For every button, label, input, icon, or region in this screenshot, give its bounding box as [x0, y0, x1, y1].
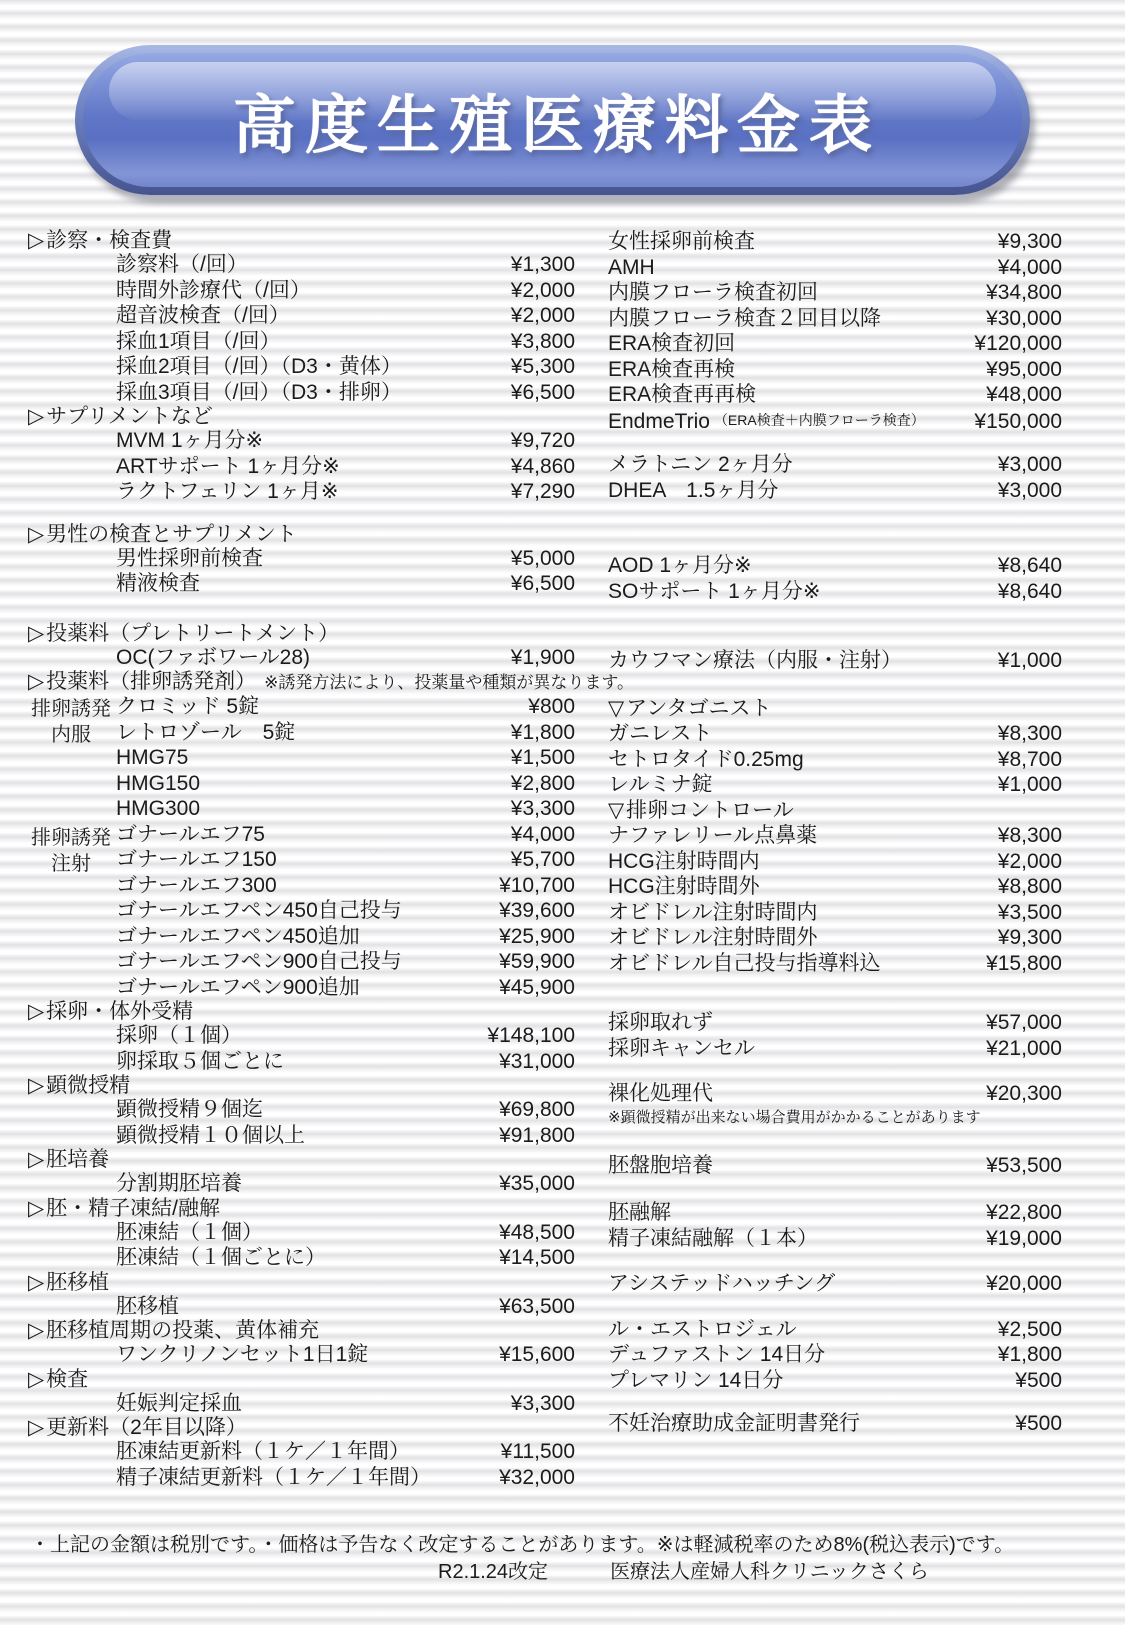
item-price: ¥8,640	[998, 579, 1062, 605]
item-label: ARTサポート 1ヶ月分※	[116, 454, 340, 480]
item-label: EndmeTrio（ERA検査＋内膜フローラ検査）	[608, 408, 925, 435]
footer: ・上記の金額は税別です。・価格は予告なく改定することがあります。※は軽減税率のた…	[30, 1532, 1100, 1586]
triangle-right-icon: ▷	[28, 523, 44, 546]
item-label: 採血2項目（/回）（D3・黄体）	[116, 354, 402, 380]
item-label: ERA検査再再検	[608, 382, 756, 408]
item-price: ¥2,800	[511, 771, 575, 797]
title-banner-inner: 高度生殖医療料金表	[83, 53, 1022, 187]
price-row: AOD 1ヶ月分※¥8,640	[600, 553, 1062, 579]
price-row: 採卵（１個）¥148,100	[28, 1023, 575, 1049]
item-price: ¥3,500	[998, 900, 1062, 926]
item-label: 採卵キャンセル	[608, 1036, 755, 1062]
subsection-label: 排卵コントロール	[626, 799, 794, 822]
price-row: HMG300¥3,300	[28, 796, 575, 822]
item-label: ゴナールエフ75	[116, 822, 265, 848]
item-label: 妊娠判定採血	[116, 1391, 242, 1417]
item-price: ¥150,000	[974, 409, 1062, 435]
triangle-right-icon: ▷	[28, 229, 44, 252]
item-label: デュファストン 14日分	[608, 1342, 825, 1368]
item-price: ¥800	[528, 694, 575, 720]
footer-notes: ・上記の金額は税別です。・価格は予告なく改定することがあります。※は軽減税率のた…	[30, 1532, 1100, 1559]
item-label: OC(ファボワール28)	[116, 645, 310, 671]
triangle-right-icon: ▷	[28, 1368, 44, 1391]
price-row: HMG150¥2,800	[28, 771, 575, 797]
title-banner: 高度生殖医療料金表	[75, 45, 1030, 195]
item-price: ¥25,900	[499, 924, 575, 950]
item-price: ¥8,640	[998, 553, 1062, 579]
triangle-right-icon: ▷	[28, 1000, 44, 1023]
item-price: ¥20,000	[986, 1271, 1062, 1297]
item-price: ¥95,000	[986, 357, 1062, 383]
item-price: ¥148,100	[487, 1023, 575, 1049]
triangle-down-icon: ▽	[608, 697, 624, 720]
note-row: ※顕微授精が出来ない場合費用がかかることがあります	[600, 1107, 1062, 1129]
price-row: OC(ファボワール28)¥1,900	[28, 645, 575, 671]
item-label: カウフマン療法（内服・注射）	[608, 648, 902, 674]
item-label: ゴナールエフペン450追加	[116, 924, 360, 950]
section-header: ▷顕微授精	[28, 1074, 575, 1097]
item-label: 採血3項目（/回）（D3・排卵）	[116, 380, 402, 406]
item-label: 時間外診療代（/回）	[116, 278, 311, 304]
price-row: レトロゾール 5錠¥1,800	[28, 720, 575, 746]
price-row: ARTサポート 1ヶ月分※¥4,860	[28, 454, 575, 480]
clinic-name: 医療法人産婦人科クリニックさくら	[610, 1559, 929, 1586]
footer-signature: R2.1.24改定 医療法人産婦人科クリニックさくら	[30, 1559, 1100, 1586]
item-price: ¥5,700	[511, 847, 575, 873]
price-row: 男性採卵前検査¥5,000	[28, 546, 575, 572]
triangle-right-icon: ▷	[28, 1148, 44, 1171]
section-header: ▷胚培養	[28, 1148, 575, 1171]
section-header: ▷更新料（2年目以降）	[28, 1416, 575, 1439]
item-price: ¥5,300	[511, 354, 575, 380]
price-row: カウフマン療法（内服・注射）¥1,000	[600, 648, 1062, 674]
item-price: ¥31,000	[499, 1049, 575, 1075]
item-label: 胚凍結更新料（１ケ／１年間）	[116, 1439, 410, 1465]
item-price: ¥1,800	[511, 720, 575, 746]
price-row: 胚盤胞培養¥53,500	[600, 1153, 1062, 1179]
item-price: ¥120,000	[974, 331, 1062, 357]
item-label: アシステッドハッチング	[608, 1271, 835, 1297]
item-label: クロミッド 5錠	[116, 694, 259, 720]
price-row: SOサポート 1ヶ月分※¥8,640	[600, 579, 1062, 605]
item-label: 顕微授精１０個以上	[116, 1123, 305, 1149]
item-price: ¥2,000	[511, 303, 575, 329]
item-price: ¥500	[1015, 1368, 1062, 1394]
item-label: 採卵（１個）	[116, 1023, 242, 1049]
item-label: ゴナールエフペン900自己投与	[116, 949, 402, 975]
item-price: ¥57,000	[986, 1010, 1062, 1036]
price-row: MVM 1ヶ月分※¥9,720	[28, 428, 575, 454]
triangle-right-icon: ▷	[28, 1319, 44, 1342]
price-row: ガニレスト¥8,300	[600, 721, 1062, 747]
section-header: ▷採卵・体外受精	[28, 1000, 575, 1023]
price-row: HCG注射時間内¥2,000	[600, 849, 1062, 875]
item-label: 精液検査	[116, 571, 200, 597]
item-price: ¥2,500	[998, 1317, 1062, 1343]
item-price: ¥69,800	[499, 1097, 575, 1123]
section-label: 胚・精子凍結/融解	[46, 1197, 220, 1220]
price-row: アシステッドハッチング¥20,000	[600, 1271, 1062, 1297]
item-label: レトロゾール 5錠	[116, 720, 295, 746]
item-label: HMG75	[116, 745, 188, 771]
price-row: メラトニン 2ヶ月分¥3,000	[600, 452, 1062, 478]
item-label: ゴナールエフペン900追加	[116, 975, 360, 1001]
item-label: 分割期胚培養	[116, 1171, 242, 1197]
section-label: 顕微授精	[46, 1074, 130, 1097]
revision-date: R2.1.24改定	[438, 1559, 548, 1586]
item-price: ¥5,000	[511, 546, 575, 572]
item-label: 精子凍結融解（１本）	[608, 1226, 818, 1252]
price-row: 採卵キャンセル¥21,000	[600, 1036, 1062, 1062]
price-row: ERA検査再再検¥48,000	[600, 382, 1062, 408]
item-price: ¥30,000	[986, 306, 1062, 332]
item-label: セトロタイド0.25mg	[608, 747, 804, 773]
item-price: ¥3,800	[511, 329, 575, 355]
triangle-right-icon: ▷	[28, 1074, 44, 1097]
item-price: ¥2,000	[998, 849, 1062, 875]
item-label: ワンクリノンセット1日1錠	[116, 1342, 368, 1368]
item-label: 診察料（/回）	[116, 252, 248, 278]
price-row: 超音波検査（/回）¥2,000	[28, 303, 575, 329]
item-label: ル・エストロジェル	[608, 1317, 797, 1343]
item-price: ¥1,500	[511, 745, 575, 771]
item-price: ¥3,300	[511, 796, 575, 822]
item-price: ¥91,800	[499, 1123, 575, 1149]
item-price: ¥34,800	[986, 280, 1062, 306]
item-label: AMH	[608, 255, 655, 281]
price-row: 不妊治療助成金証明書発行¥500	[600, 1411, 1062, 1437]
price-row: オビドレル注射時間内¥3,500	[600, 900, 1062, 926]
item-label: MVM 1ヶ月分※	[116, 428, 263, 454]
price-row: 胚凍結（１個ごとに）¥14,500	[28, 1245, 575, 1271]
price-row: HMG75¥1,500	[28, 745, 575, 771]
price-row: 採卵取れず¥57,000	[600, 1010, 1062, 1036]
item-label: ゴナールエフ300	[116, 873, 277, 899]
price-row: ゴナールエフペン450追加¥25,900	[28, 924, 575, 950]
item-label: 裸化処理代	[608, 1081, 713, 1107]
price-row: 胚凍結（１個）¥48,500	[28, 1220, 575, 1246]
item-label: 内膜フローラ検査初回	[608, 280, 818, 306]
price-row: 胚移植¥63,500	[28, 1294, 575, 1320]
section-header: ▷投薬料（プレトリートメント）	[28, 622, 575, 645]
item-label: ナファレリール点鼻薬	[608, 823, 817, 849]
item-label: オビドレル注射時間内	[608, 900, 817, 926]
item-label: レルミナ錠	[608, 772, 712, 798]
section-label: 胚培養	[46, 1148, 109, 1171]
item-price: ¥14,500	[499, 1245, 575, 1271]
item-label: SOサポート 1ヶ月分※	[608, 579, 820, 605]
price-row: 顕微授精９個迄¥69,800	[28, 1097, 575, 1123]
price-row: ERA検査再検¥95,000	[600, 357, 1062, 383]
item-price: ¥1,900	[511, 645, 575, 671]
section-label: 胚移植周期の投薬、黄体補充	[46, 1319, 319, 1342]
section-header: ▷投薬料（排卵誘発剤）※誘発方法により、投薬量や種類が異なります。	[28, 670, 575, 694]
item-label: 不妊治療助成金証明書発行	[608, 1411, 860, 1437]
item-label: ERA検査再検	[608, 357, 735, 383]
item-price: ¥8,300	[998, 721, 1062, 747]
price-row: クロミッド 5錠¥800	[28, 694, 575, 720]
page-title: 高度生殖医療料金表	[224, 75, 881, 166]
item-label: ガニレスト	[608, 721, 712, 747]
item-label: 胚融解	[608, 1200, 671, 1226]
price-row: 胚凍結更新料（１ケ／１年間）¥11,500	[28, 1439, 575, 1465]
triangle-right-icon: ▷	[28, 405, 44, 428]
subsection-header: ▽排卵コントロール	[600, 798, 1062, 824]
item-price: ¥3,000	[998, 452, 1062, 478]
triangle-right-icon: ▷	[28, 1416, 44, 1439]
item-price: ¥1,000	[998, 648, 1062, 674]
price-row: DHEA 1.5ヶ月分¥3,000	[600, 478, 1062, 504]
price-row: ゴナールエフペン900自己投与¥59,900	[28, 949, 575, 975]
item-label: 胚盤胞培養	[608, 1153, 713, 1179]
price-row: オビドレル注射時間外¥9,300	[600, 925, 1062, 951]
subsection-header: ▽アンタゴニスト	[600, 696, 1062, 722]
price-row: デュファストン 14日分¥1,800	[600, 1342, 1062, 1368]
item-label: 女性採卵前検査	[608, 229, 755, 255]
section-header: ▷男性の検査とサプリメント	[28, 523, 575, 546]
section-header: ▷サプリメントなど	[28, 405, 575, 428]
item-price: ¥21,000	[986, 1036, 1062, 1062]
item-price: ¥22,800	[986, 1200, 1062, 1226]
item-price: ¥3,300	[511, 1391, 575, 1417]
item-label: 内膜フローラ検査２回目以降	[608, 306, 881, 332]
item-price: ¥4,000	[998, 255, 1062, 281]
price-row: 内膜フローラ検査２回目以降¥30,000	[600, 306, 1062, 332]
item-label: ラクトフェリン 1ヶ月※	[116, 479, 338, 505]
item-price: ¥6,500	[511, 380, 575, 406]
item-price: ¥8,800	[998, 874, 1062, 900]
price-row: ゴナールエフ150¥5,700	[28, 847, 575, 873]
triangle-down-icon: ▽	[608, 799, 624, 822]
item-price: ¥3,000	[998, 478, 1062, 504]
section-label: 投薬料（プレトリートメント）	[46, 622, 339, 645]
price-row: 顕微授精１０個以上¥91,800	[28, 1123, 575, 1149]
item-price: ¥48,500	[499, 1220, 575, 1246]
item-label: 胚凍結（１個ごとに）	[116, 1245, 326, 1271]
item-label: 胚移植	[116, 1294, 179, 1320]
item-label: オビドレル自己投与指導料込	[608, 951, 880, 977]
price-row: 時間外診療代（/回）¥2,000	[28, 278, 575, 304]
item-label: 採血1項目（/回）	[116, 329, 281, 355]
price-row: レルミナ錠¥1,000	[600, 772, 1062, 798]
triangle-right-icon: ▷	[28, 1197, 44, 1220]
left-column: 排卵誘発 内服 排卵誘発 注射 ▷診察・検査費診察料（/回）¥1,300時間外診…	[28, 229, 575, 1490]
section-label: 採卵・体外受精	[46, 1000, 193, 1023]
price-row: HCG注射時間外¥8,800	[600, 874, 1062, 900]
section-header: ▷診察・検査費	[28, 229, 575, 252]
item-label: 卵採取５個ごとに	[116, 1049, 284, 1075]
section-label: 男性の検査とサプリメント	[46, 523, 297, 546]
item-sublabel: （ERA検査＋内膜フローラ検査）	[714, 412, 925, 428]
note-text: ※顕微授精が出来ない場合費用がかかることがあります	[608, 1109, 981, 1126]
item-label: AOD 1ヶ月分※	[608, 553, 752, 579]
price-row: 診察料（/回）¥1,300	[28, 252, 575, 278]
section-label: 検査	[46, 1368, 88, 1391]
subsection-label: アンタゴニスト	[626, 697, 771, 720]
price-row: ワンクリノンセット1日1錠¥15,600	[28, 1342, 575, 1368]
item-label: 顕微授精９個迄	[116, 1097, 263, 1123]
item-price: ¥35,000	[499, 1171, 575, 1197]
price-row: 精子凍結融解（１本）¥19,000	[600, 1226, 1062, 1252]
section-header: ▷検査	[28, 1368, 575, 1391]
price-row: ゴナールエフ75¥4,000	[28, 822, 575, 848]
item-label: 超音波検査（/回）	[116, 303, 290, 329]
item-price: ¥1,300	[511, 252, 575, 278]
item-label: オビドレル注射時間外	[608, 925, 817, 951]
item-price: ¥4,860	[511, 454, 575, 480]
item-price: ¥7,290	[511, 479, 575, 505]
price-row: 精子凍結更新料（１ケ／１年間）¥32,000	[28, 1465, 575, 1491]
item-price: ¥8,700	[998, 747, 1062, 773]
price-row: 胚融解¥22,800	[600, 1200, 1062, 1226]
item-label: HCG注射時間内	[608, 849, 760, 875]
price-row: セトロタイド0.25mg¥8,700	[600, 747, 1062, 773]
price-row: オビドレル自己投与指導料込¥15,800	[600, 951, 1062, 977]
section-label: 胚移植	[46, 1271, 109, 1294]
item-price: ¥15,800	[986, 951, 1062, 977]
item-label: 胚凍結（１個）	[116, 1220, 263, 1246]
item-price: ¥32,000	[499, 1465, 575, 1491]
item-label: 男性採卵前検査	[116, 546, 263, 572]
section-header: ▷胚・精子凍結/融解	[28, 1197, 575, 1220]
price-row: ラクトフェリン 1ヶ月※¥7,290	[28, 479, 575, 505]
price-row: 精液検査¥6,500	[28, 571, 575, 597]
price-row: 妊娠判定採血¥3,300	[28, 1391, 575, 1417]
item-price: ¥9,300	[998, 925, 1062, 951]
item-price: ¥500	[1015, 1411, 1062, 1437]
price-row: 採血1項目（/回）¥3,800	[28, 329, 575, 355]
item-price: ¥53,500	[986, 1153, 1062, 1179]
triangle-right-icon: ▷	[28, 1271, 44, 1294]
section-label: サプリメントなど	[46, 405, 213, 428]
price-row: プレマリン 14日分¥500	[600, 1368, 1062, 1394]
item-label: DHEA 1.5ヶ月分	[608, 478, 778, 504]
item-label: 採卵取れず	[608, 1010, 713, 1036]
section-label: 診察・検査費	[46, 229, 172, 252]
price-row: ゴナールエフペン450自己投与¥39,600	[28, 898, 575, 924]
price-row: 内膜フローラ検査初回¥34,800	[600, 280, 1062, 306]
item-price: ¥11,500	[501, 1439, 575, 1465]
price-row: 採血2項目（/回）（D3・黄体）¥5,300	[28, 354, 575, 380]
price-row: 卵採取５個ごとに¥31,000	[28, 1049, 575, 1075]
item-label: HMG150	[116, 771, 200, 797]
item-price: ¥1,800	[998, 1342, 1062, 1368]
item-price: ¥63,500	[499, 1294, 575, 1320]
item-price: ¥39,600	[499, 898, 575, 924]
item-price: ¥20,300	[986, 1081, 1062, 1107]
item-price: ¥59,900	[499, 949, 575, 975]
item-label: ゴナールエフペン450自己投与	[116, 898, 402, 924]
item-label: HMG300	[116, 796, 200, 822]
price-row: 分割期胚培養¥35,000	[28, 1171, 575, 1197]
item-price: ¥19,000	[986, 1226, 1062, 1252]
item-label: 精子凍結更新料（１ケ／１年間）	[116, 1465, 431, 1491]
item-label: HCG注射時間外	[608, 874, 760, 900]
section-header: ▷胚移植周期の投薬、黄体補充	[28, 1319, 575, 1342]
item-price: ¥4,000	[511, 822, 575, 848]
section-label: 更新料（2年目以降）	[46, 1416, 247, 1439]
item-price: ¥8,300	[998, 823, 1062, 849]
item-label: ERA検査初回	[608, 331, 735, 357]
price-row: ル・エストロジェル¥2,500	[600, 1317, 1062, 1343]
item-price: ¥45,900	[499, 975, 575, 1001]
item-price: ¥10,700	[499, 873, 575, 899]
triangle-right-icon: ▷	[28, 622, 44, 645]
section-note: ※誘発方法により、投薬量や種類が異なります。	[264, 673, 634, 692]
item-price: ¥2,000	[511, 278, 575, 304]
right-column: 女性採卵前検査¥9,300AMH¥4,000内膜フローラ検査初回¥34,800内…	[600, 229, 1062, 1437]
item-price: ¥9,300	[998, 229, 1062, 255]
price-row: ナファレリール点鼻薬¥8,300	[600, 823, 1062, 849]
item-label: プレマリン 14日分	[608, 1368, 783, 1394]
price-row: 裸化処理代¥20,300	[600, 1081, 1062, 1107]
item-label: メラトニン 2ヶ月分	[608, 452, 793, 478]
price-row: EndmeTrio（ERA検査＋内膜フローラ検査）¥150,000	[600, 408, 1062, 435]
item-price: ¥9,720	[511, 428, 575, 454]
price-list-page: 高度生殖医療料金表 排卵誘発 内服 排卵誘発 注射 ▷診察・検査費診察料（/回）…	[0, 0, 1125, 1625]
item-label: ゴナールエフ150	[116, 847, 277, 873]
item-price: ¥6,500	[511, 571, 575, 597]
section-header: ▷胚移植	[28, 1271, 575, 1294]
price-row: 採血3項目（/回）（D3・排卵）¥6,500	[28, 380, 575, 406]
price-row: ゴナールエフペン900追加¥45,900	[28, 975, 575, 1001]
price-row: ゴナールエフ300¥10,700	[28, 873, 575, 899]
item-price: ¥48,000	[986, 382, 1062, 408]
item-price: ¥1,000	[998, 772, 1062, 798]
price-row: 女性採卵前検査¥9,300	[600, 229, 1062, 255]
price-row: AMH¥4,000	[600, 255, 1062, 281]
triangle-right-icon: ▷	[28, 670, 44, 693]
item-price: ¥15,600	[499, 1342, 575, 1368]
price-row: ERA検査初回¥120,000	[600, 331, 1062, 357]
section-label: 投薬料（排卵誘発剤）	[46, 670, 256, 693]
